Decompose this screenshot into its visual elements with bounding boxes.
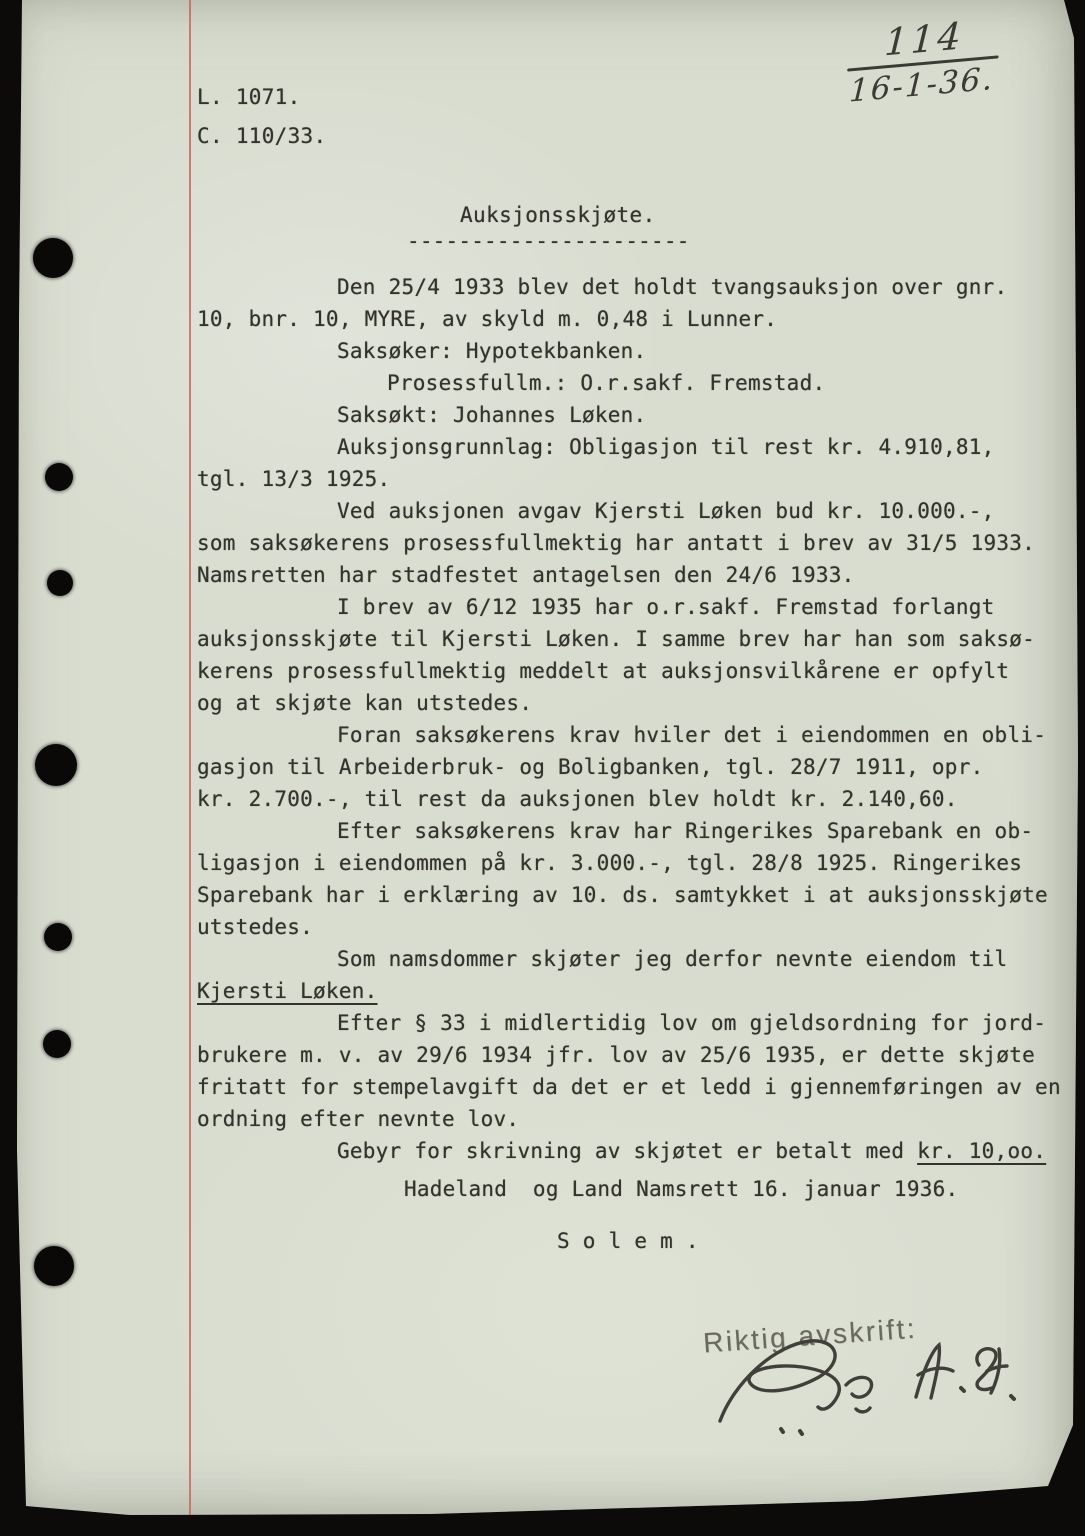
journal-number: L. 1071. [197,78,326,117]
paper-sheet: L. 1071. C. 110/33. 114 16-1-36. Auksjon… [0,0,1085,1536]
text-line: fritatt for stempelavgift da det er et l… [197,1071,1049,1103]
text-line: Saksøker: Hypotekbanken. [197,335,1049,367]
punch-hole [33,238,73,278]
text-line: Foran saksøkerens krav hviler det i eien… [197,719,1049,751]
text-line: Ved auksjonen avgav Kjersti Løken bud kr… [197,495,1049,527]
text-line: Hadeland og Land Namsrett 16. januar 193… [197,1173,1049,1205]
text-line: Kjersti Løken. [197,975,1049,1007]
case-number: C. 110/33. [197,117,326,156]
text-line: brukere m. v. av 29/6 1934 jfr. lov av 2… [197,1039,1049,1071]
text-line: Gebyr for skrivning av skjøtet er betalt… [197,1135,1049,1167]
punch-hole [34,1246,74,1286]
text-line: I brev av 6/12 1935 har o.r.sakf. Fremst… [197,591,1049,623]
punch-hole [47,570,73,596]
text-line: S o l e m . [197,1225,1049,1257]
signature-flourish-icon [720,1341,872,1434]
text-line: Efter § 33 i midlertidig lov om gjeldsor… [197,1007,1049,1039]
text-line: som saksøkerens prosessfullmektig har an… [197,527,1049,559]
signature-icon [680,1325,1040,1455]
reference-numbers: L. 1071. C. 110/33. [197,78,326,156]
punch-hole [44,923,72,951]
text-line: kerens prosessfullmektig meddelt at auks… [197,655,1049,687]
text-line: og at skjøte kan utstedes. [197,687,1049,719]
text-line: Sparebank har i erklæring av 10. ds. sam… [197,879,1049,911]
text-line: Den 25/4 1933 blev det holdt tvangsauksj… [197,271,1049,303]
text-line: auksjonsskjøte til Kjersti Løken. I samm… [197,623,1049,655]
document-title: Auksjonsskjøte. [460,203,656,227]
punch-hole [45,463,73,491]
text-line: Namsretten har stadfestet antagelsen den… [197,559,1049,591]
margin-rule [189,0,191,1515]
text-line: 10, bnr. 10, MYRE, av skyld m. 0,48 i Lu… [197,303,1049,335]
text-line: kr. 2.700.-, til rest da auksjonen blev … [197,783,1049,815]
document-body: Den 25/4 1933 blev det holdt tvangsauksj… [197,271,1049,1257]
text-line: Prosessfullm.: O.r.sakf. Fremstad. [197,367,1049,399]
text-line: Auksjonsgrunnlag: Obligasjon til rest kr… [197,431,1049,463]
signature-initials-icon [916,1345,1014,1399]
scanned-document: L. 1071. C. 110/33. 114 16-1-36. Auksjon… [0,0,1085,1536]
handwritten-folio-note: 114 16-1-36. [826,11,1020,110]
text-line: Som namsdommer skjøter jeg derfor nevnte… [197,943,1049,975]
text-line: tgl. 13/3 1925. [197,463,1049,495]
punch-hole [43,1030,71,1058]
text-line: gasjon til Arbeiderbruk- og Boligbanken,… [197,751,1049,783]
text-line: Efter saksøkerens krav har Ringerikes Sp… [197,815,1049,847]
punch-hole [35,744,77,786]
text-line: utstedes. [197,911,1049,943]
folio-number: 114 [828,11,1019,68]
title-underline: ---------------------- [407,229,690,253]
text-line: Saksøkt: Johannes Løken. [197,399,1049,431]
text-line: ordning efter nevnte lov. [197,1103,1049,1135]
text-line: ligasjon i eiendommen på kr. 3.000.-, tg… [197,847,1049,879]
